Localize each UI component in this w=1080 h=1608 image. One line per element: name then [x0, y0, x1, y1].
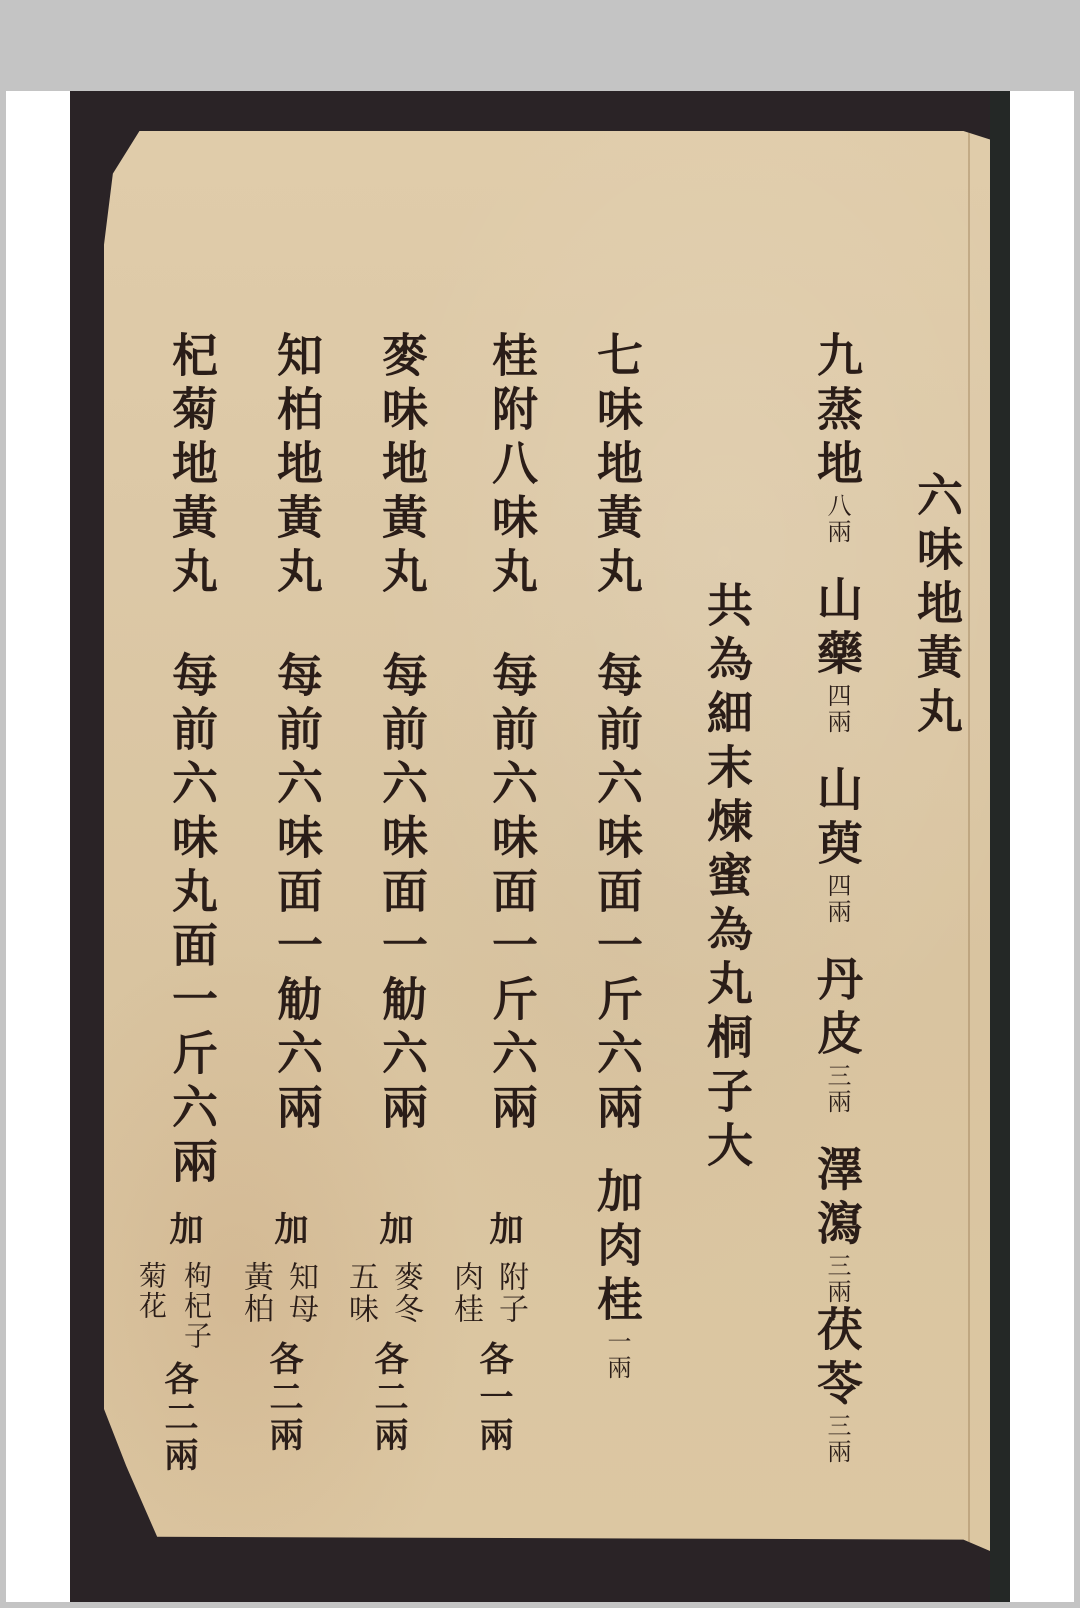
- scanned-book-page: 六味地黃丸 九蒸地八兩山藥四兩山萸四兩丹皮三兩澤瀉三兩茯苓三兩 共為細末煉蜜為丸…: [70, 91, 1010, 1602]
- preparation-text: 共為細末煉蜜為丸桐子大: [704, 581, 750, 1175]
- ingredient-dose: 四兩: [825, 683, 849, 735]
- ingredient-dose: 八兩: [825, 493, 849, 545]
- ingredient-name: 九蒸地: [814, 331, 860, 493]
- variant-addition-item: 麥冬: [390, 1261, 420, 1325]
- variant-addition: 加: [376, 1211, 410, 1249]
- ingredient-name: 山萸: [814, 765, 860, 873]
- variant-addition-item: 五味: [345, 1261, 375, 1325]
- variant-name: 杞菊地黃丸: [169, 331, 215, 601]
- recipe-title: 六味地黃丸: [914, 471, 960, 741]
- variant-addition: 加: [486, 1211, 520, 1249]
- variant-name: 桂附八味丸: [489, 331, 535, 601]
- ingredient-name: 丹皮: [814, 955, 860, 1063]
- variant-addition-dose: 各一兩: [476, 1341, 510, 1455]
- variant-rule: 每前六味面一斤六兩加肉桂一兩: [594, 651, 640, 1381]
- variant-addition-dose: 各二兩: [161, 1361, 195, 1475]
- variant-rule: 每前六味面一斤六兩: [489, 651, 535, 1137]
- ingredient-dose: 三兩: [825, 1413, 849, 1465]
- variant-addition: 加: [271, 1211, 305, 1249]
- paper-page: 六味地黃丸 九蒸地八兩山藥四兩山萸四兩丹皮三兩澤瀉三兩茯苓三兩 共為細末煉蜜為丸…: [104, 131, 990, 1551]
- variant-rule: 每前六味面一觔六兩: [274, 651, 320, 1137]
- variant-addition-item: 菊花: [137, 1261, 165, 1321]
- variant-addition-dose: 一兩: [605, 1329, 629, 1381]
- ingredient-name: 山藥: [814, 575, 860, 683]
- ingredient-dose: 三兩: [825, 1253, 849, 1305]
- page-fold: [968, 131, 970, 1551]
- variant-addition: 加: [166, 1211, 200, 1249]
- variant-rule: 每前六味面一觔六兩: [379, 651, 425, 1137]
- variant-addition-dose: 各二兩: [371, 1341, 405, 1455]
- ingredient-name: 澤瀉: [814, 1145, 860, 1253]
- variant-addition-dose: 各二兩: [266, 1341, 300, 1455]
- variant-addition: 加肉桂: [594, 1167, 640, 1329]
- ingredient-dose: 三兩: [825, 1063, 849, 1115]
- ingredients-column: 九蒸地八兩山藥四兩山萸四兩丹皮三兩澤瀉三兩茯苓三兩: [814, 331, 860, 1465]
- variant-addition-item: 黃柏: [240, 1261, 270, 1325]
- variant-name: 麥味地黃丸: [379, 331, 425, 601]
- variant-addition-item: 枸杞子: [182, 1261, 210, 1351]
- book-edge: [990, 91, 1010, 1602]
- variant-addition-item: 附子: [495, 1261, 525, 1325]
- variant-name: 七味地黃丸: [594, 331, 640, 601]
- variant-rule: 每前六味丸面一斤六兩: [169, 651, 215, 1191]
- variant-addition-item: 知母: [285, 1261, 315, 1325]
- variant-addition-item: 肉桂: [450, 1261, 480, 1325]
- ingredient-dose: 四兩: [825, 873, 849, 925]
- ingredient-name: 茯苓: [814, 1305, 860, 1413]
- variant-name: 知柏地黃丸: [274, 331, 320, 601]
